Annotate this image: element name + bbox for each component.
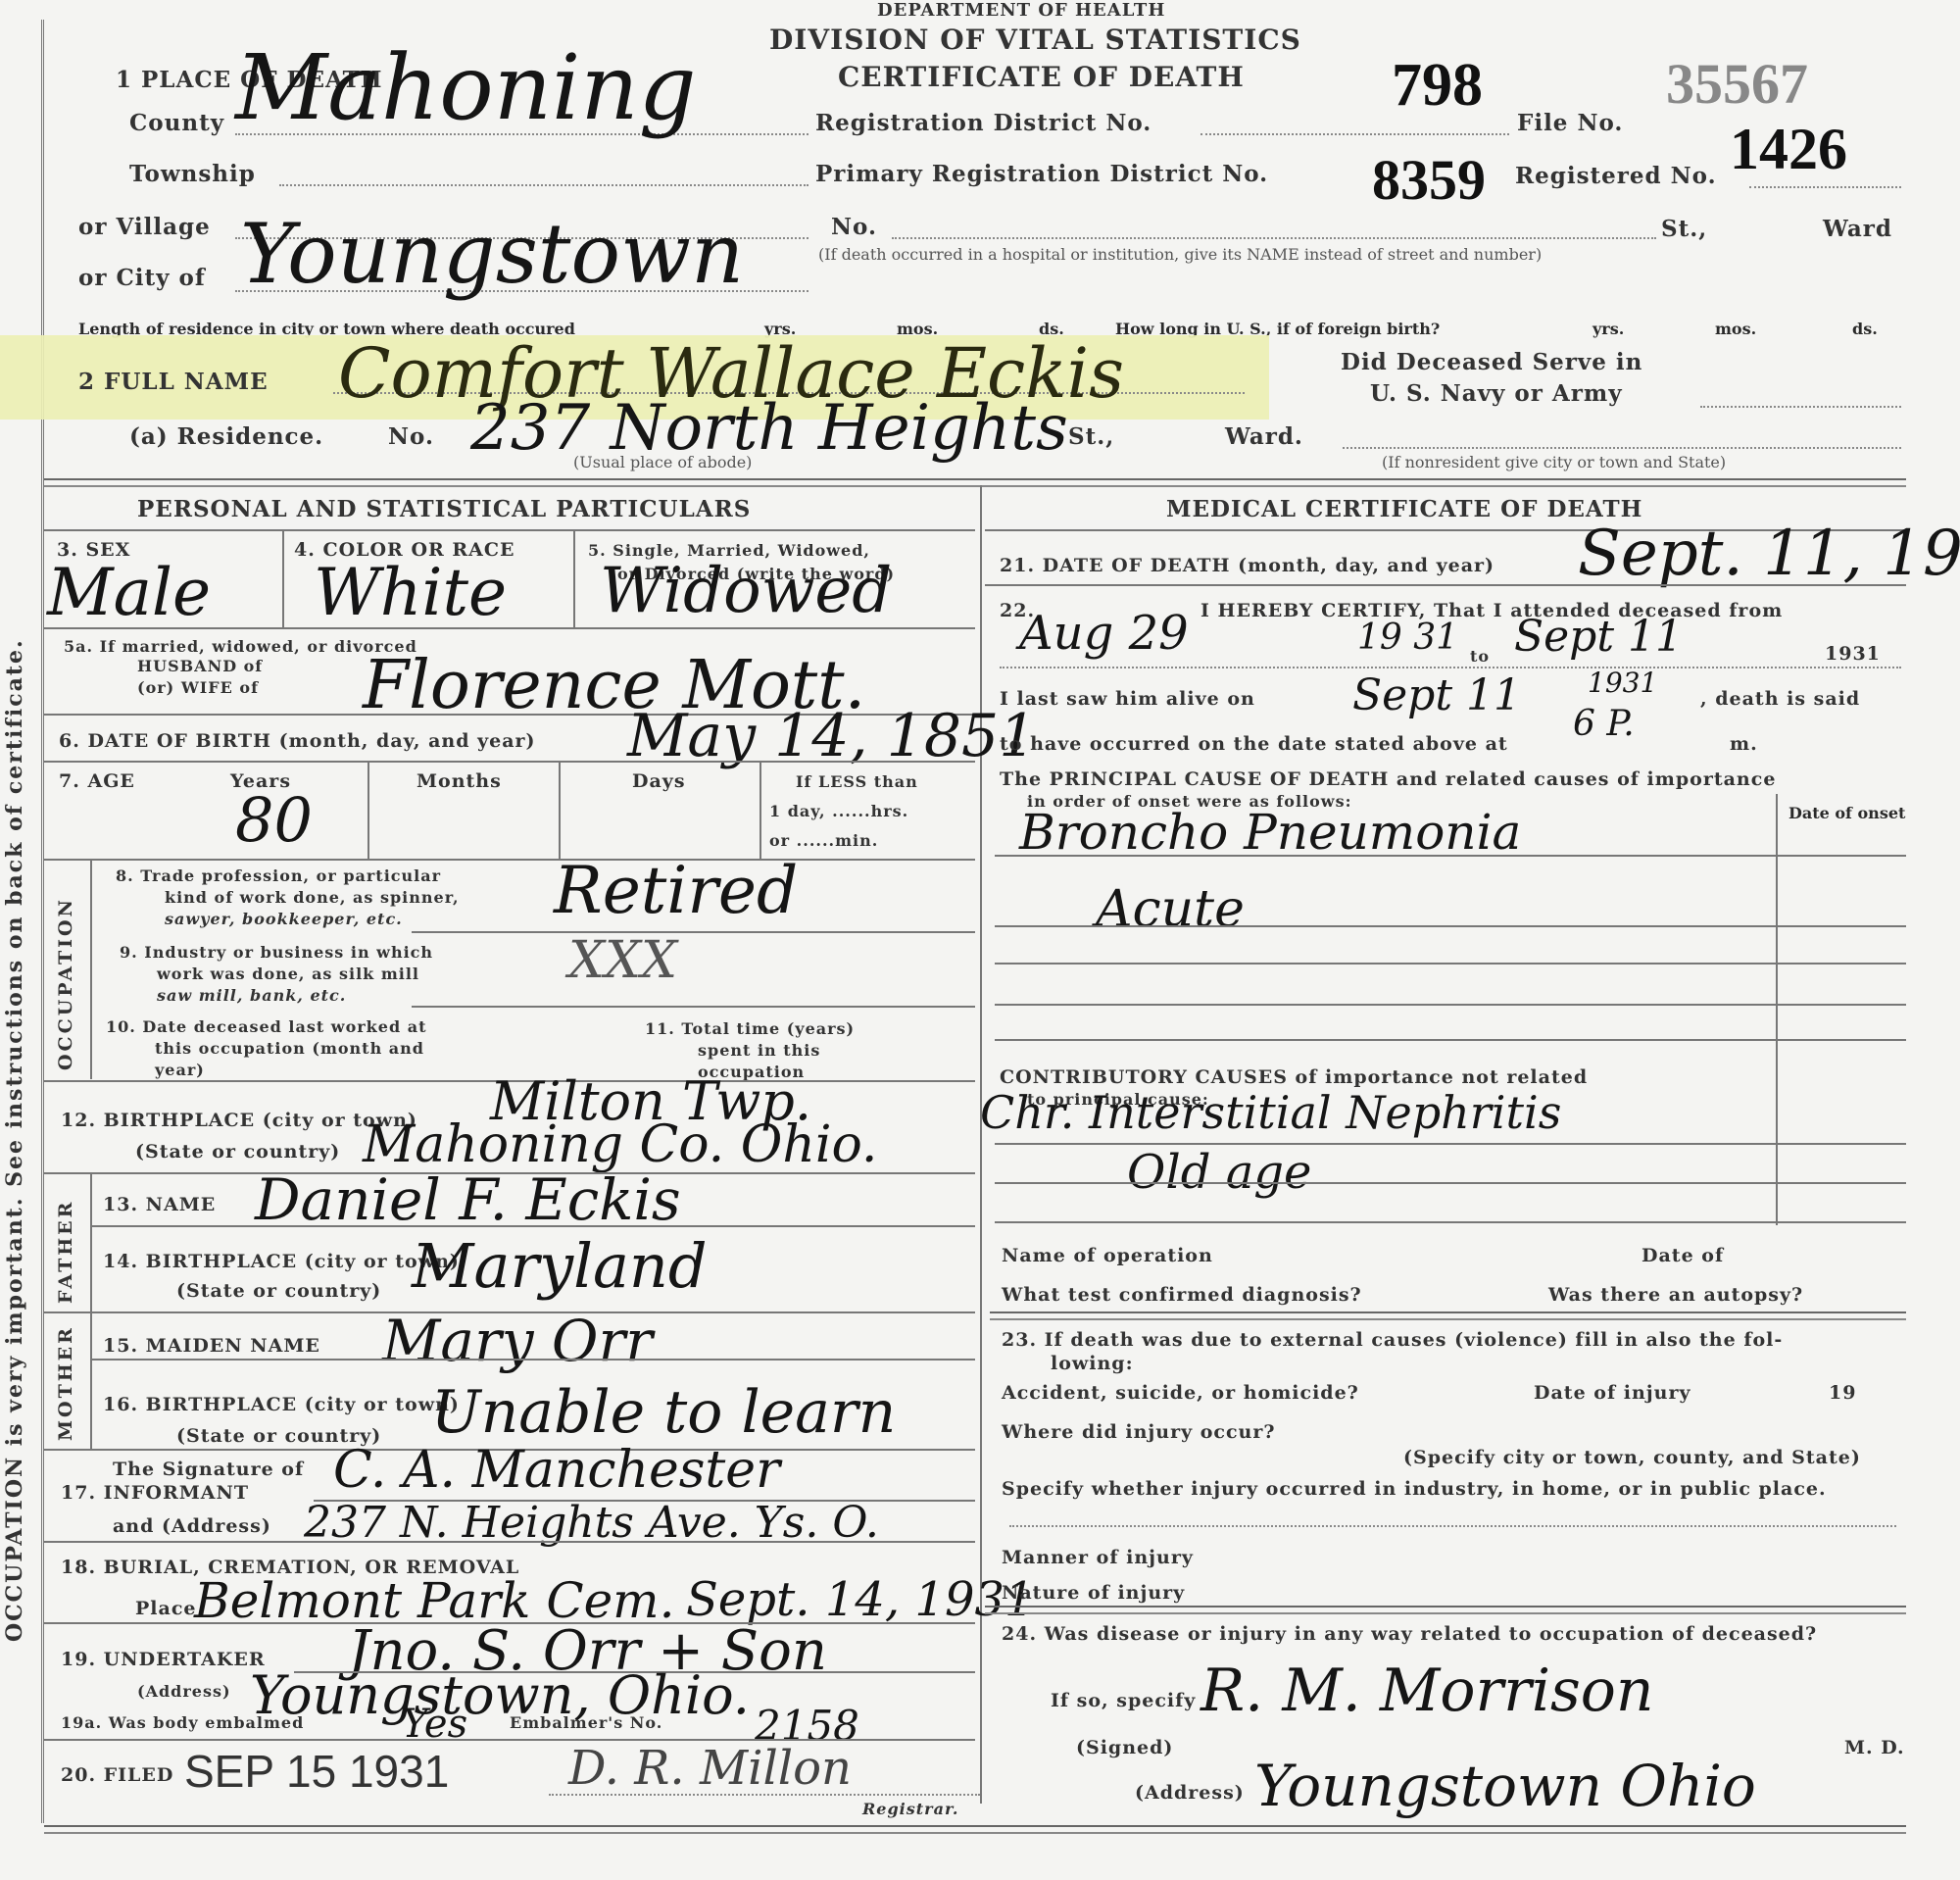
manner-label: Manner of injury (1002, 1547, 1194, 1568)
physician-address-value: Youngstown Ohio (1254, 1753, 1756, 1819)
mother-birthplace-label-1: 16. BIRTHPLACE (city or town) (103, 1394, 460, 1415)
foreign-mos-label: mos. (1715, 320, 1756, 338)
autopsy-label: Was there an autopsy? (1548, 1284, 1803, 1306)
foreign-yrs-label: yrs. (1592, 320, 1624, 338)
hospital-note: (If death occurred in a hospital or inst… (818, 245, 1542, 264)
rule (759, 761, 761, 859)
father-side-label: FATHER (55, 1200, 76, 1304)
informant-label-3: and (Address) (113, 1515, 271, 1537)
nature-label: Nature of injury (1002, 1582, 1185, 1604)
registration-district-number: 798 (1392, 51, 1483, 121)
military-label-1: Did Deceased Serve in (1341, 349, 1642, 375)
injury-place-dots (1009, 1525, 1896, 1527)
last-saw-year: 1931 (1588, 667, 1657, 699)
burial-place-label: Place (135, 1598, 196, 1619)
less-than-label-2: 1 day, ......hrs. (769, 802, 908, 820)
registration-dots (1200, 133, 1509, 135)
ward-label: Ward (1823, 216, 1892, 242)
mother-birthplace-value: Unable to learn (431, 1378, 896, 1447)
months-label: Months (416, 770, 502, 792)
rule (985, 584, 1906, 586)
father-name-value: Daniel F. Eckis (255, 1166, 681, 1233)
occurred-time: 6 P. (1573, 704, 1635, 744)
rule (90, 1359, 975, 1361)
spouse-label-3: (or) WIFE of (137, 678, 259, 697)
industry-value: XXX (568, 931, 677, 990)
primary-district-label: Primary Registration District No. (815, 161, 1268, 187)
principal-cause-2: Acute (1096, 880, 1245, 939)
informant-signature: C. A. Manchester (333, 1441, 780, 1500)
injury-where-label: Where did injury occur? (1002, 1421, 1276, 1443)
contributory-label-1: CONTRIBUTORY CAUSES of importance not re… (1000, 1066, 1588, 1088)
onset-label: Date of onset (1788, 804, 1905, 822)
undertaker-label: 19. UNDERTAKER (61, 1649, 266, 1670)
father-birthplace-label-1: 14. BIRTHPLACE (city or town) (103, 1251, 460, 1272)
birthplace-label-2: (State or country) (135, 1141, 340, 1163)
file-number: 35567 (1666, 51, 1808, 117)
marital-value: Widowed (600, 555, 892, 627)
dob-label: 6. DATE OF BIRTH (month, day, and year) (59, 730, 536, 752)
section-divider (44, 478, 1906, 487)
rule (995, 963, 1906, 965)
last-worked-label-3: year) (155, 1061, 205, 1079)
medical-section-title: MEDICAL CERTIFICATE OF DEATH (1166, 496, 1642, 522)
rule (90, 1172, 92, 1321)
contributory-value-1: Chr. Interstitial Nephritis (980, 1086, 1561, 1139)
race-value: White (314, 555, 507, 630)
occupation-related-label: 24. Was disease or injury in any way rel… (1002, 1623, 1817, 1645)
residence-ward-dots (1343, 447, 1901, 449)
embalmer-no-label: Embalmer's No. (510, 1713, 662, 1732)
attended-from-year: 19 31 (1357, 618, 1458, 658)
contributory-value-2: Old age (1127, 1145, 1311, 1200)
trade-label-1: 8. Trade profession, or particular (116, 866, 441, 885)
rule (559, 761, 561, 859)
principal-cause-1: Broncho Pneumonia (1019, 804, 1521, 861)
spouse-label-2: HUSBAND of (137, 657, 263, 675)
rule (995, 1004, 1906, 1006)
residence-st-label: St., (1068, 423, 1114, 450)
military-label-2: U. S. Navy or Army (1370, 380, 1623, 407)
physician-signature: R. M. Morrison (1200, 1657, 1654, 1725)
rule (573, 529, 575, 627)
dod-value: Sept. 11, 1931 (1578, 518, 1960, 590)
industry-label-1: 9. Industry or business in which (120, 943, 433, 962)
age-years-value: 80 (235, 784, 313, 856)
death-said-label: , death is said (1700, 688, 1860, 710)
attended-from: Aug 29 (1019, 606, 1189, 661)
residence-no-label: No. (388, 423, 434, 450)
residence-label: (a) Residence. (129, 423, 323, 450)
occurred-label: to have occurred on the date stated abov… (1000, 733, 1508, 755)
informant-label-1: The Signature of (113, 1459, 304, 1480)
rule (90, 1311, 92, 1449)
rule (412, 1006, 975, 1008)
residence-ward-label: Ward. (1225, 423, 1303, 450)
operation-label: Name of operation (1002, 1245, 1213, 1266)
operation-date-label: Date of (1641, 1245, 1724, 1266)
rule (44, 529, 975, 531)
mother-side-label: MOTHER (55, 1325, 76, 1441)
less-than-label-3: or ......min. (769, 831, 878, 850)
filed-date-stamp: SEP 15 1931 (184, 1745, 449, 1798)
county-label: County (129, 110, 224, 136)
rule (995, 925, 1906, 927)
rule (282, 529, 284, 627)
last-worked-label-1: 10. Date deceased last worked at (106, 1017, 426, 1036)
trade-label-2: kind of work done, as spinner, (165, 888, 460, 907)
rule (44, 859, 975, 861)
industry-label-2: work was done, as silk mill (157, 965, 419, 983)
registered-dots (1749, 186, 1901, 188)
father-name-label: 13. NAME (103, 1194, 216, 1215)
injury-where-note: (Specify city or town, county, and State… (1403, 1447, 1861, 1468)
full-name-label: 2 FULL NAME (78, 369, 269, 395)
rule (995, 1182, 1906, 1184)
attended-to-year: 1931 (1825, 643, 1881, 665)
father-birthplace-value: Maryland (412, 1230, 708, 1302)
street-no-label: No. (831, 214, 877, 240)
total-time-label-2: spent in this (698, 1041, 820, 1060)
undertaker-address-value: Youngstown, Ohio. (250, 1664, 750, 1726)
foreign-ds-label: ds. (1852, 320, 1878, 338)
personal-section-title: PERSONAL AND STATISTICAL PARTICULARS (137, 496, 751, 522)
township-dots (279, 184, 808, 186)
last-worked-label-2: this occupation (month and (155, 1039, 424, 1058)
accident-label: Accident, suicide, or homicide? (1002, 1382, 1359, 1404)
age-label: 7. AGE (59, 770, 135, 792)
trade-value: Retired (554, 853, 798, 928)
residence-value: 237 North Heights (470, 392, 1068, 465)
st-label: St., (1661, 216, 1707, 242)
undertaker-address-label: (Address) (137, 1682, 231, 1701)
injury-year-prefix: 19 (1829, 1382, 1856, 1404)
rule (990, 1311, 1906, 1320)
m-label: m. (1730, 733, 1758, 755)
rule (995, 855, 1906, 857)
onset-column-divider (1776, 794, 1778, 1225)
filed-label: 20. FILED (61, 1764, 173, 1786)
sex-value: Male (47, 555, 211, 630)
abode-note: (Usual place of abode) (573, 453, 752, 471)
total-time-label-1: 11. Total time (years) (645, 1019, 855, 1038)
specify-label: If so, specify (1051, 1690, 1196, 1711)
rule (412, 931, 975, 933)
primary-district-number: 8359 (1372, 147, 1486, 213)
bottom-border (44, 1825, 1906, 1834)
md-label: M. D. (1844, 1737, 1905, 1758)
village-label: or Village (78, 214, 211, 240)
rule (44, 761, 975, 763)
city-label: or City of (78, 265, 206, 291)
county-value: Mahoning (235, 35, 697, 140)
less-than-label-1: If LESS than (796, 772, 918, 791)
external-causes-label-1: 23. If death was due to external causes … (1002, 1329, 1783, 1351)
signed-label: (Signed) (1076, 1737, 1173, 1758)
certificate-title: CERTIFICATE OF DEATH (838, 61, 1245, 93)
rule (995, 1039, 1906, 1041)
embalmed-label: 19a. Was body embalmed (61, 1713, 304, 1732)
registrar-signature: D. R. Millon (568, 1741, 852, 1796)
street-dots (892, 237, 1656, 239)
military-dots (1700, 406, 1901, 408)
dod-label: 21. DATE OF DEATH (month, day, and year) (1000, 555, 1494, 576)
township-label: Township (129, 161, 256, 187)
department-title: DEPARTMENT OF HEALTH (877, 0, 1165, 21)
last-saw-label: I last saw him alive on (1000, 688, 1255, 710)
principal-cause-label-1: The PRINCIPAL CAUSE OF DEATH and related… (1000, 768, 1776, 790)
to-label: to (1470, 647, 1490, 666)
city-value: Youngstown (240, 206, 744, 302)
mother-maiden-label: 15. MAIDEN NAME (103, 1335, 320, 1357)
days-label: Days (632, 770, 686, 792)
registered-no-label: Registered No. (1515, 163, 1717, 189)
file-no-label: File No. (1517, 110, 1623, 136)
industry-label-3: saw mill, bank, etc. (157, 986, 346, 1005)
rule (995, 1221, 1906, 1223)
certify-label: I HEREBY CERTIFY, That I attended deceas… (1200, 600, 1783, 621)
mother-maiden-value: Mary Orr (382, 1308, 653, 1374)
injury-date-label: Date of injury (1534, 1382, 1691, 1404)
registrar-label: Registrar. (862, 1800, 958, 1818)
father-birthplace-label-2: (State or country) (176, 1280, 381, 1302)
registration-district-label: Registration District No. (815, 110, 1151, 136)
nonresident-note: (If nonresident give city or town and St… (1382, 453, 1726, 471)
trade-label-3: sawyer, bookkeeper, etc. (165, 910, 403, 928)
occupation-side-label: OCCUPATION (55, 897, 76, 1070)
informant-label-2: 17. INFORMANT (61, 1482, 249, 1504)
rule (367, 761, 369, 859)
rule (44, 627, 975, 629)
birthplace-value-2: Mahoning Co. Ohio. (363, 1115, 877, 1174)
rule (90, 859, 92, 1079)
margin-note: OCCUPATION is very important. See instru… (2, 638, 27, 1642)
test-label: What test confirmed diagnosis? (1002, 1284, 1362, 1306)
last-saw-value: Sept 11 (1352, 670, 1521, 720)
registered-number: 1426 (1730, 116, 1847, 183)
external-causes-label-2: lowing: (1051, 1353, 1134, 1374)
rule (985, 1606, 1906, 1614)
rule (44, 1541, 975, 1543)
attended-to: Sept 11 (1514, 612, 1683, 662)
injury-place-label: Specify whether injury occurred in indus… (1002, 1478, 1827, 1500)
attended-dots (1000, 667, 1901, 668)
rule (90, 1225, 975, 1227)
physician-address-label: (Address) (1135, 1782, 1245, 1804)
registrar-dots (549, 1794, 980, 1796)
division-title: DIVISION OF VITAL STATISTICS (769, 24, 1301, 56)
